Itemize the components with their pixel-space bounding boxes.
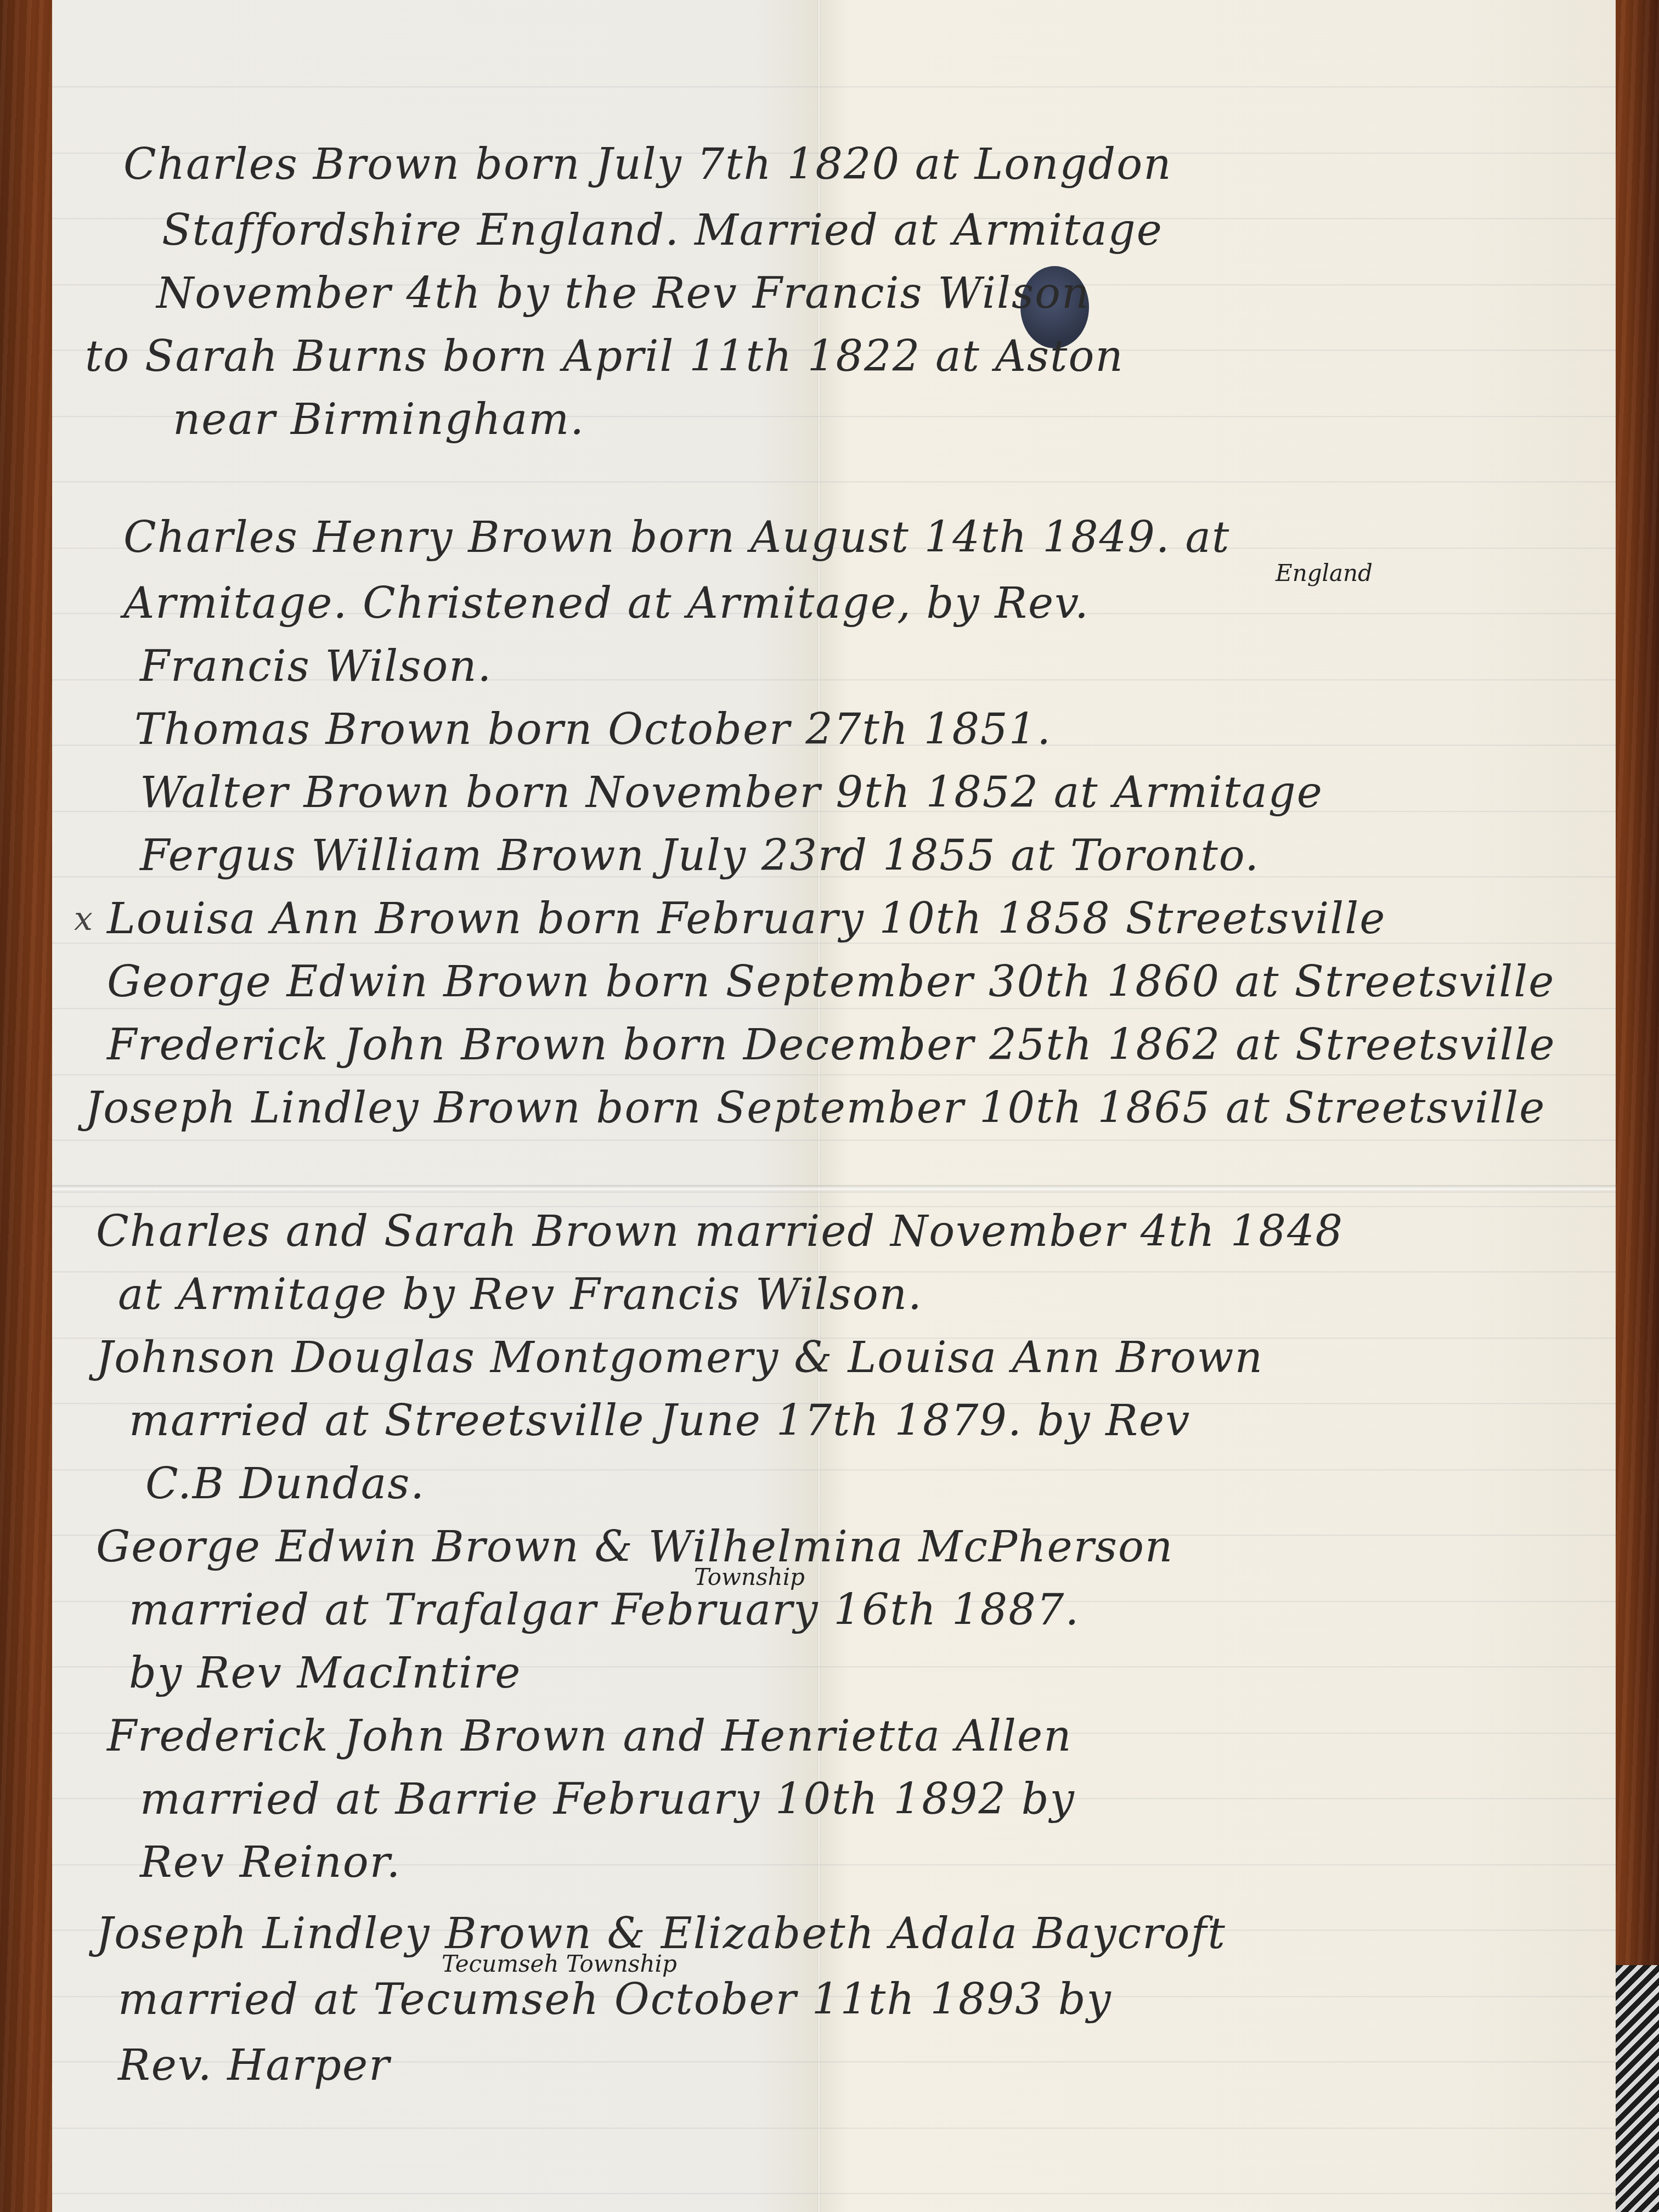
text-line: married at Tecumseh October 11th 1893 by [118, 1975, 1112, 2024]
text-line: to Sarah Burns born April 11th 1822 at A… [85, 332, 1124, 381]
text-line: Rev. Harper [118, 2041, 390, 2090]
text-line: Rev Reinor. [140, 1838, 401, 1887]
text-line: November 4th by the Rev Francis Wilson [156, 269, 1090, 318]
insertion-note: England [1276, 560, 1373, 586]
text-line: Frederick John Brown born December 25th … [107, 1020, 1556, 1070]
text-line: married at Trafalgar February 16th 1887. [129, 1585, 1080, 1635]
horizontal-fold [52, 1185, 1616, 1193]
text-line: Walter Brown born November 9th 1852 at A… [140, 768, 1323, 817]
fabric-corner [1616, 1965, 1659, 2212]
text-line: George Edwin Brown born September 30th 1… [107, 957, 1555, 1007]
text-line: Charles Henry Brown born August 14th 184… [123, 513, 1230, 562]
text-line: Joseph Lindley Brown born September 10th… [85, 1084, 1545, 1133]
text-line: Frederick John Brown and Henrietta Allen [107, 1712, 1072, 1761]
text-line: George Edwin Brown & Wilhelmina McPherso… [96, 1522, 1173, 1572]
text-line: married at Streetsville June 17th 1879. … [129, 1396, 1190, 1446]
text-line: Charles and Sarah Brown married November… [96, 1207, 1344, 1256]
text-line: C.B Dundas. [145, 1459, 425, 1509]
text-line: Louisa Ann Brown born February 10th 1858… [107, 894, 1386, 944]
text-line: near Birmingham. [173, 395, 585, 444]
text-line: Francis Wilson. [140, 642, 492, 691]
text-line: Fergus William Brown July 23rd 1855 at T… [140, 831, 1260, 881]
text-line: by Rev MacIntire [129, 1649, 521, 1698]
text-line: Johnson Douglas Montgomery & Louisa Ann … [96, 1333, 1263, 1383]
document-page: Charles Brown born July 7th 1820 at Long… [52, 0, 1616, 2212]
text-line: Thomas Brown born October 27th 1851. [134, 705, 1052, 754]
text-line: married at Barrie February 10th 1892 by [140, 1775, 1075, 1824]
text-line: Charles Brown born July 7th 1820 at Long… [123, 140, 1172, 189]
text-line: Staffordshire England. Married at Armita… [162, 206, 1163, 255]
text-line: at Armitage by Rev Francis Wilson. [118, 1270, 923, 1319]
margin-x-mark: x [74, 900, 93, 938]
text-line: Armitage. Christened at Armitage, by Rev… [123, 579, 1090, 628]
insertion-note: Tecumseh Township [442, 1950, 677, 1977]
